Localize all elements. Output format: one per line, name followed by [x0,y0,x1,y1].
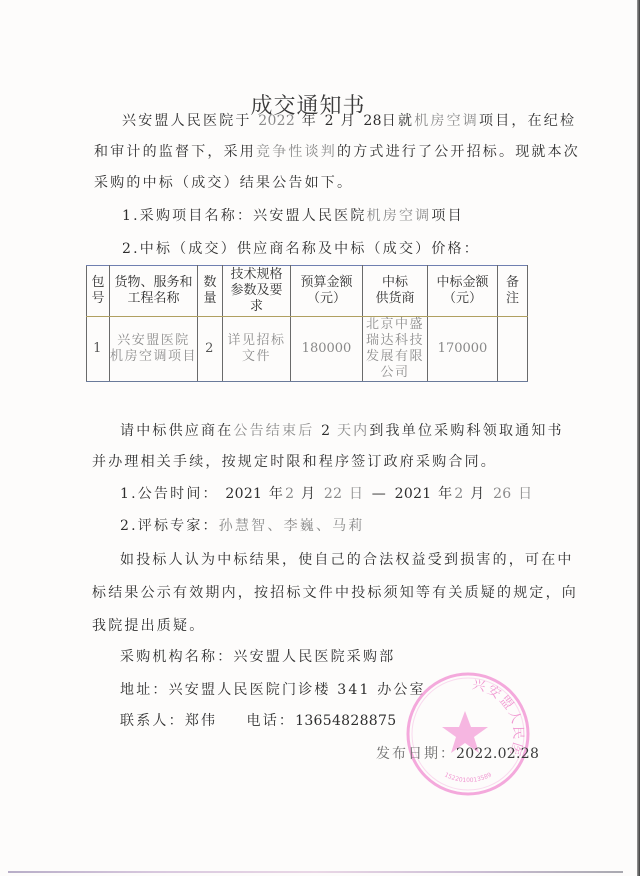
header-package-no: 包 号 [87,266,110,317]
page-edge-bottom [8,871,623,873]
cell-remark [498,317,528,382]
cell-bid-amount: 170000 [428,317,498,382]
cell-text: 北京中盛 [363,317,427,333]
agency-label: 采购机构名称： [120,649,233,665]
notice-period: 公告结束后 [233,423,314,439]
header-text: 货物、服务和 [110,275,197,291]
end-day: 26 [493,486,511,502]
cell-package-no: 1 [87,317,110,382]
complaint-line-2: 标结果公示有效期内，按招标文件中投标须知等有关质疑的规定，向 [92,584,578,602]
announcement-period: 1.公告时间： 2021 年2 月 22 日 — 2021 年2 月 26 日 [120,485,534,503]
intro-project: 机房空调 [414,113,479,129]
intro-line-2: 和审计的监督下，采用竞争性谈判的方式进行了公开招标。现就本次 [94,143,580,161]
header-text: 号 [87,291,109,307]
table-header-row: 包 号 货物、服务和 工程名称 数 量 技术规格 参数及要 求 预算金额 （元）… [87,266,528,317]
address-value: 兴安盟人民医院门诊楼 341 办公室 [169,682,426,698]
table-row: 1 兴安盟医院 机房空调项目 2 详见招标 文件 180000 北京中盛 瑞达科… [87,317,528,382]
svg-text:1522010013589: 1522010013589 [443,771,493,784]
agency-value: 兴安盟人民医院采购部 [233,649,395,665]
header-text: 中标 [363,275,427,291]
header-text: 备 [498,275,527,291]
publish-date-label: 发布日期： [376,746,456,762]
cell-item-name: 兴安盟医院 机房空调项目 [110,317,198,382]
intro-month: 2 [325,113,334,129]
header-remark: 备 注 [498,266,528,317]
notice-line-2: 并办理相关手续，按规定时限和程序签订政府采购合同。 [92,453,497,471]
cell-text: 瑞达科技 [363,333,427,349]
header-text: 工程名称 [110,291,197,307]
header-quantity: 数 量 [198,266,223,317]
phone-value: 13654828875 [295,713,396,729]
experts-label: 2.评标专家： [120,518,219,534]
header-spec: 技术规格 参数及要 求 [223,266,291,317]
project-name-label: 1.采购项目名称：兴安盟人民医院 [122,208,367,224]
notice-days-unit: 天内 [337,423,369,439]
header-text: 注 [498,291,527,307]
header-item-name: 货物、服务和 工程名称 [110,266,198,317]
intro-day: 28 [363,113,381,129]
range-dash: — [372,486,388,502]
phone-label: 电话： [247,713,296,729]
cell-text: 发展有限 [363,349,427,365]
header-text: 技术规格 [223,267,290,283]
procurement-agency: 采购机构名称：兴安盟人民医院采购部 [120,648,395,666]
intro-day-unit: 日就 [382,113,414,129]
cell-supplier: 北京中盛 瑞达科技 发展有限 公司 [363,317,428,382]
seal-number: 1522010013589 [443,771,493,784]
cell-text: 兴安盟医院 [110,333,197,349]
complaint-line-1: 如投标人认为中标结果，使自己的合法权益受到损害的，可在中 [120,551,574,569]
header-text: 供货商 [363,291,427,307]
intro-line-3: 采购的中标（成交）结果公告如下。 [94,174,353,192]
contact-person: 联系人：郑伟 电话：13654828875 [120,712,396,730]
intro-year-unit: 年 [302,113,318,129]
bid-result-table: 包 号 货物、服务和 工程名称 数 量 技术规格 参数及要 求 预算金额 （元）… [86,265,528,382]
project-name-value: 机房空调 [367,208,432,224]
project-name-item: 1.采购项目名称：兴安盟人民医院机房空调项目 [122,207,464,225]
header-text: 预算金额 [291,275,362,291]
notice-text: 到我单位采购科领取通知书 [369,423,563,439]
start-month: 2 [285,486,294,502]
intro-text: 和审计的监督下，采用 [94,144,256,160]
experts-names: 孙慧智、李巍、马莉 [219,518,365,534]
header-text: 中标金额 [428,275,497,291]
contact-person-value: 郑伟 [185,713,217,729]
cell-budget: 180000 [291,317,363,382]
address: 地址：兴安盟人民医院门诊楼 341 办公室 [120,681,426,699]
end-year: 2021 [395,486,432,502]
evaluation-experts: 2.评标专家：孙慧智、李巍、马莉 [120,517,365,535]
header-text: 参数及要 [223,283,290,299]
start-year: 2021 [225,486,262,502]
intro-line-1: 兴安盟人民医院于 2022 年 2 月 28日就机房空调项目，在纪检 [122,112,576,130]
year-unit: 年 [438,486,454,502]
header-supplier: 中标 供货商 [363,266,428,317]
day-unit: 日 [518,486,534,502]
intro-text-end: 项目，在纪检 [479,113,576,129]
cell-text: 公司 [363,365,427,381]
supplier-price-item: 2.中标（成交）供应商名称及中标（成交）价格： [122,240,480,258]
header-text: 数 [198,275,222,291]
header-text: 求 [223,299,290,315]
month-unit: 月 [470,486,486,502]
intro-text: 兴安盟人民医院于 [122,113,252,129]
publish-date: 发布日期：2022.02.28 [376,743,539,763]
header-text: （元） [291,291,362,307]
day-unit: 日 [349,486,365,502]
header-text: 量 [198,291,222,307]
cell-spec: 详见招标 文件 [223,317,291,382]
notice-line-1: 请中标供应商在公告结束后 2 天内到我单位采购科领取通知书 [120,422,564,440]
intro-month-unit: 月 [341,113,357,129]
cell-text: 机房空调项目 [110,349,197,365]
cell-quantity: 2 [198,317,223,382]
header-bid-amount: 中标金额 （元） [428,266,498,317]
cell-text: 文件 [223,349,290,365]
end-month: 2 [454,486,463,502]
address-label: 地址： [120,682,169,698]
header-text: （元） [428,291,497,307]
intro-year: 2022 [258,113,295,129]
publish-date-value: 2022.02.28 [456,746,539,762]
complaint-line-3: 我院提出质疑。 [92,617,205,635]
notice-days: 2 [321,423,330,439]
contact-person-label: 联系人： [120,713,185,729]
header-budget: 预算金额 （元） [291,266,363,317]
intro-text: 的方式进行了公开招标。现就本次 [337,144,580,160]
announcement-period-label: 1.公告时间： [120,486,219,502]
procurement-method: 竞争性谈判 [256,144,337,160]
header-text: 包 [87,275,109,291]
month-unit: 月 [301,486,317,502]
cell-text: 详见招标 [223,333,290,349]
start-day: 22 [324,486,342,502]
project-name-suffix: 项目 [431,208,463,224]
year-unit: 年 [269,486,285,502]
notice-text: 请中标供应商在 [120,423,233,439]
